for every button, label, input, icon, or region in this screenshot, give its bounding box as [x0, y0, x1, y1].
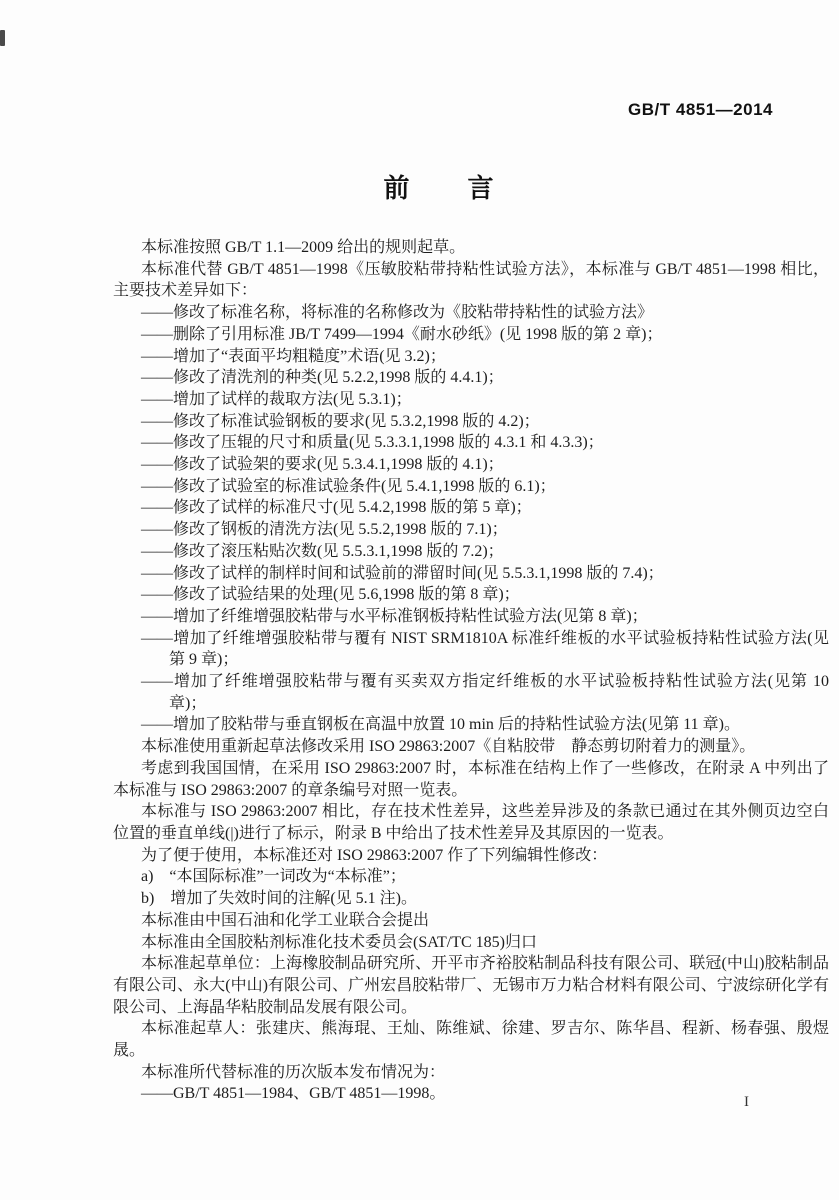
- paragraph: 本标准代替 GB/T 4851—1998《压敏胶粘带持粘性试验方法》，本标准与 …: [113, 259, 829, 302]
- list-item: ——增加了胶粘带与垂直钢板在高温中放置 10 min 后的持粘性试验方法(见第 …: [113, 714, 829, 736]
- list-item: ——增加了“表面平均粗糙度”术语(见 3.2)；: [113, 346, 829, 368]
- scan-artifact: [0, 30, 5, 46]
- page-title: 前 言: [20, 168, 839, 205]
- sub-item: b) 增加了失效时间的注解(见 5.1 注)。: [113, 888, 829, 910]
- paragraph: 考虑到我国国情，在采用 ISO 29863:2007 时，本标准在结构上作了一些…: [113, 758, 829, 801]
- list-item: ——修改了试验结果的处理(见 5.6,1998 版的第 8 章)；: [113, 584, 829, 606]
- list-item: ——删除了引用标准 JB/T 7499—1994《耐水砂纸》(见 1998 版的…: [113, 324, 829, 346]
- document-page: GB/T 4851—2014 前 言 本标准按照 GB/T 1.1—2009 给…: [0, 0, 839, 1200]
- list-item: ——修改了试样的制样时间和试验前的滞留时间(见 5.5.3.1,1998 版的 …: [113, 563, 829, 585]
- list-item: ——增加了纤维增强胶粘带与水平标准钢板持粘性试验方法(见第 8 章)；: [113, 606, 829, 628]
- paragraph: 本标准由中国石油和化学工业联合会提出: [113, 910, 829, 932]
- list-item: ——修改了清洗剂的种类(见 5.2.2,1998 版的 4.4.1)；: [113, 367, 829, 389]
- sub-item: a) “本国际标准”一词改为“本标准”；: [113, 866, 829, 888]
- paragraph: 为了便于使用，本标准还对 ISO 29863:2007 作了下列编辑性修改：: [113, 845, 829, 867]
- list-item: ——增加了试样的裁取方法(见 5.3.1)；: [113, 389, 829, 411]
- list-item: ——GB/T 4851—1984、GB/T 4851—1998。: [113, 1083, 829, 1105]
- page-number: I: [744, 1094, 749, 1111]
- paragraph: 本标准所代替标准的历次版本发布情况为：: [113, 1062, 829, 1084]
- list-item: ——修改了试验室的标准试验条件(见 5.4.1,1998 版的 6.1)；: [113, 476, 829, 498]
- list-item: ——修改了试样的标准尺寸(见 5.4.2,1998 版的第 5 章)；: [113, 497, 829, 519]
- list-item: ——增加了纤维增强胶粘带与覆有 NIST SRM1810A 标准纤维板的水平试验…: [113, 628, 829, 671]
- standard-code: GB/T 4851—2014: [628, 100, 773, 120]
- paragraph: 本标准由全国胶粘剂标准化技术委员会(SAT/TC 185)归口: [113, 932, 829, 954]
- list-item: ——增加了纤维增强胶粘带与覆有买卖双方指定纤维板的水平试验板持粘性试验方法(见第…: [113, 671, 829, 714]
- list-item: ——修改了标准名称，将标准的名称修改为《胶粘带持粘性的试验方法》: [113, 302, 829, 324]
- list-item: ——修改了试验架的要求(见 5.3.4.1,1998 版的 4.1)；: [113, 454, 829, 476]
- list-item: ——修改了压辊的尺寸和质量(见 5.3.3.1,1998 版的 4.3.1 和 …: [113, 432, 829, 454]
- paragraph: 本标准起草人：张建庆、熊海琨、王灿、陈维斌、徐建、罗吉尔、陈华昌、程新、杨春强、…: [113, 1018, 829, 1061]
- list-item: ——修改了标准试验钢板的要求(见 5.3.2,1998 版的 4.2)；: [113, 411, 829, 433]
- paragraph: 本标准起草单位：上海橡胶制品研究所、开平市齐裕胶粘制品科技有限公司、联冠(中山)…: [113, 953, 829, 1018]
- paragraph: 本标准按照 GB/T 1.1—2009 给出的规则起草。: [113, 237, 829, 259]
- list-item: ——修改了钢板的清洗方法(见 5.5.2,1998 版的 7.1)；: [113, 519, 829, 541]
- list-item: ——修改了滚压粘贴次数(见 5.5.3.1,1998 版的 7.2)；: [113, 541, 829, 563]
- foreword-content: 本标准按照 GB/T 1.1—2009 给出的规则起草。本标准代替 GB/T 4…: [113, 237, 829, 1105]
- paragraph: 本标准使用重新起草法修改采用 ISO 29863:2007《自粘胶带 静态剪切附…: [113, 736, 829, 758]
- paragraph: 本标准与 ISO 29863:2007 相比，存在技术性差异，这些差异涉及的条款…: [113, 801, 829, 844]
